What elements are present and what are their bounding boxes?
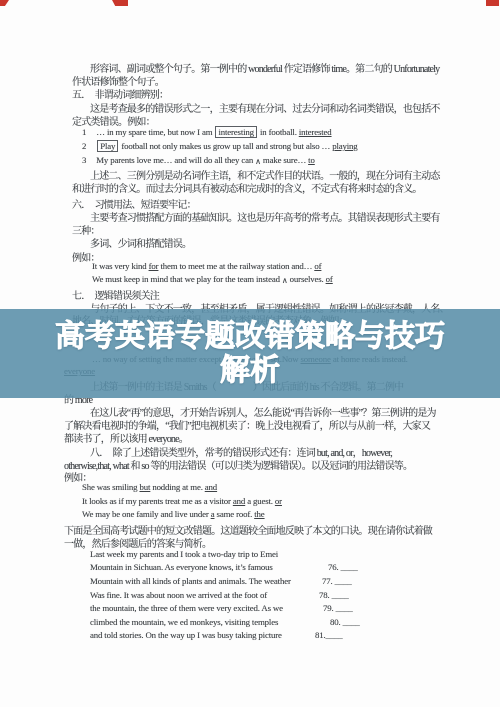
- text-run: make sure…: [261, 155, 308, 165]
- text-run: We must keep in mind that we play for th…: [92, 274, 282, 284]
- text-line: 和进行时的含义。而过去分词具有被动态和完成时的含义，不定式有将来时态的含义。: [72, 180, 422, 195]
- text-run: a guest.: [245, 496, 275, 506]
- text-line: 2Play football not only makes us grow up…: [82, 141, 358, 151]
- text-line: climbed the mountain, we ed monkeys, vis…: [90, 617, 278, 627]
- correction-word: playing: [332, 141, 357, 151]
- text-line: the mountain, the three of them were ver…: [90, 603, 283, 613]
- text-run: football not only makes us grow up tall …: [119, 141, 332, 151]
- text-line: 多词、少词和搭配错误。: [90, 235, 191, 250]
- text-run: My parents love me… and will do all they…: [96, 155, 255, 165]
- text-run: It was very kind: [92, 261, 149, 271]
- text-run: Mountain in Sichuan. As everyone knows, …: [90, 562, 273, 572]
- answer-blank: 81.____: [315, 630, 343, 640]
- answer-blank: 77. ____: [322, 576, 352, 586]
- text-run: 多词、少词和搭配错误。: [90, 239, 191, 250]
- text-run: them to meet me at the railway station a…: [158, 261, 314, 271]
- overlay-title-line1: 高考英语专题改错策略与技巧: [55, 322, 445, 352]
- correction-word: to: [308, 155, 315, 165]
- correction-word: and: [233, 496, 245, 506]
- text-line: 3My parents love me… and will do all the…: [82, 155, 315, 165]
- text-run: nodding at me.: [150, 482, 205, 492]
- text-line: 主要考查习惯搭配方面的基础知识。这也是历年高考的常考点。其错误表现形式主要有: [90, 209, 440, 224]
- text-run: climbed the mountain, we ed monkeys, vis…: [90, 617, 278, 627]
- text-run: She was smiling: [82, 482, 139, 492]
- text-line: 定式类错误。例如：: [72, 113, 155, 128]
- text-line: 一做，然后参阅题后的答案与简析。: [64, 535, 211, 550]
- text-line: Mountain with all kinds of plants and an…: [90, 576, 291, 586]
- correction-word: of: [314, 261, 321, 271]
- text-run: same roof.: [215, 509, 255, 519]
- correction-word: but: [139, 482, 150, 492]
- example-number: 2: [82, 141, 86, 151]
- text-line: She was smiling but nodding at me. and: [82, 482, 217, 492]
- text-run: Mountain with all kinds of plants and an…: [90, 576, 291, 586]
- text-line: Last week my parents and I took a two-da…: [90, 549, 278, 559]
- text-run: … in my spare time, but now I am: [96, 127, 214, 137]
- text-run: and told stories. On the way up I was bu…: [90, 630, 282, 640]
- overlay-title-line2: 解析: [220, 356, 280, 386]
- answer-blank: 78. ____: [319, 590, 349, 600]
- insertion-caret-icon: ∧: [255, 157, 261, 166]
- text-line: 1… in my spare time, but now I am intere…: [82, 127, 332, 137]
- text-line: It looks as if my parents treat me as a …: [82, 496, 282, 506]
- boxed-error-word: Play: [97, 140, 118, 152]
- example-number: 3: [82, 155, 86, 165]
- answer-blank: 79. ____: [323, 603, 353, 613]
- text-line: 都读书了，所以该用 everyone。: [64, 430, 188, 445]
- correction-word: of: [326, 274, 333, 284]
- text-run: Last week my parents and I took a two-da…: [90, 549, 278, 559]
- text-line: otherwise,that, what 和 so 等的用法错误（可以归类为逻辑…: [64, 457, 412, 472]
- insertion-caret-icon: ∧: [282, 276, 288, 285]
- correction-word: the: [254, 509, 264, 519]
- correction-word: or: [275, 496, 282, 506]
- text-run: ourselves.: [288, 274, 326, 284]
- text-run: 主要考查习惯搭配方面的基础知识。这也是历年高考的常考点。其错误表现形式主要有: [90, 213, 440, 224]
- text-run: It looks as if my parents treat me as a …: [82, 496, 233, 506]
- text-run: 和进行时的含义。而过去分词具有被动态和完成时的含义，不定式有将来时态的含义。: [72, 184, 422, 195]
- correction-word: for: [149, 261, 159, 271]
- text-line: We must keep in mind that we play for th…: [92, 274, 333, 284]
- text-line: We may be one family and live under a sa…: [82, 509, 265, 519]
- text-run: in football.: [258, 127, 299, 137]
- answer-blank: 80. ____: [330, 617, 360, 627]
- answer-blank: 76. ____: [328, 562, 358, 572]
- text-line: Mountain in Sichuan. As everyone knows, …: [90, 562, 273, 572]
- text-run: We may be one family and live under: [82, 509, 211, 519]
- correction-word: interested: [299, 127, 332, 137]
- text-run: otherwise,that, what 和 so 等的用法错误（可以归类为逻辑…: [64, 461, 412, 472]
- example-number: 1: [82, 127, 86, 137]
- text-line: and told stories. On the way up I was bu…: [90, 630, 282, 640]
- boxed-error-word: interesting: [215, 126, 256, 138]
- text-line: 五． 非谓动词细辨别：: [72, 86, 168, 101]
- scanned-document-page: { "page": { "bg": "#fdfdfd" }, "artifact…: [0, 0, 500, 707]
- text-run: Was fine. It was about noon we arrived a…: [90, 590, 267, 600]
- title-overlay-banner: 高考英语专题改错策略与技巧 解析: [0, 309, 500, 398]
- text-run: the mountain, the three of them were ver…: [90, 603, 283, 613]
- text-line: Was fine. It was about noon we arrived a…: [90, 590, 267, 600]
- correction-word: and: [205, 482, 217, 492]
- text-line: It was very kind for them to meet me at …: [92, 261, 321, 271]
